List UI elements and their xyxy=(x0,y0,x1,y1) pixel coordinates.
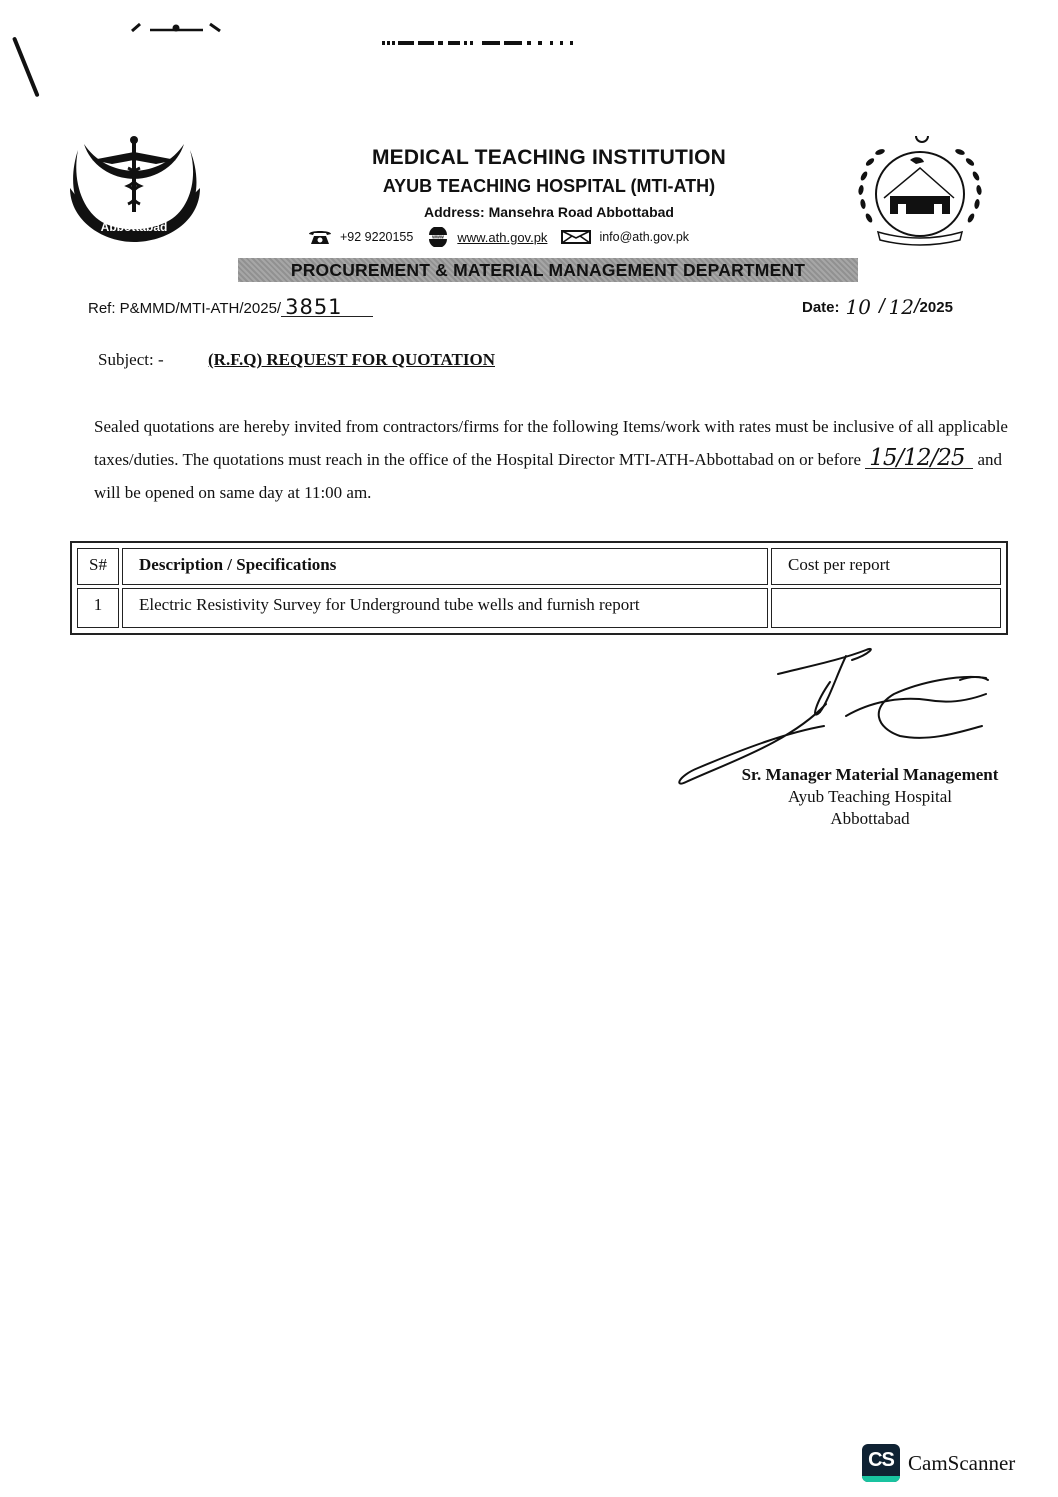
scan-artifact-top-text xyxy=(382,40,582,46)
header-cost: Cost per report xyxy=(771,548,1001,585)
signatory-title: Sr. Manager Material Management xyxy=(712,764,1028,786)
deadline-handwritten-date: 15/12/25 xyxy=(865,448,973,469)
table-row: 1 Electric Resistivity Survey for Underg… xyxy=(77,588,1001,628)
website-link[interactable]: www.ath.gov.pk xyxy=(457,230,547,245)
date-label: Date: xyxy=(802,299,840,316)
envelope-icon xyxy=(561,230,591,244)
signatory-block: Sr. Manager Material Management Ayub Tea… xyxy=(712,764,1028,830)
quotation-table: S# Description / Specifications Cost per… xyxy=(70,541,1008,635)
reference-label: Ref: P&MMD/MTI-ATH/2025/ xyxy=(88,300,281,317)
signatory-organization: Ayub Teaching Hospital xyxy=(712,786,1028,808)
svg-text:www: www xyxy=(432,235,445,241)
letter-date: Date: 10 / 12 / 2025 xyxy=(802,298,953,316)
hospital-address: Address: Mansehra Road Abbottabad xyxy=(0,204,1058,220)
table-header-row: S# Description / Specifications Cost per… xyxy=(77,548,1001,585)
subject-line: Subject: - (R.F.Q) REQUEST FOR QUOTATION xyxy=(98,350,495,370)
scan-artifact-slash xyxy=(12,37,40,98)
row-description: Electric Resistivity Survey for Undergro… xyxy=(122,588,768,628)
email-address: info@ath.gov.pk xyxy=(599,230,689,244)
date-day: 10 xyxy=(846,298,871,316)
date-month: 12 xyxy=(889,298,914,316)
invitation-paragraph: Sealed quotations are hereby invited fro… xyxy=(94,410,1014,509)
subject-value: (R.F.Q) REQUEST FOR QUOTATION xyxy=(208,350,495,370)
row-sn: 1 xyxy=(77,588,119,628)
reference-handwritten-number: 3851 xyxy=(281,298,373,317)
globe-www-icon: www xyxy=(427,227,449,247)
header-sn: S# xyxy=(77,548,119,585)
camscanner-logo-icon: CS xyxy=(862,1444,900,1482)
date-year: 2025 xyxy=(920,299,953,316)
camscanner-brand: CamScanner xyxy=(908,1451,1015,1476)
reference-number: Ref: P&MMD/MTI-ATH/2025/ 3851 xyxy=(88,298,373,317)
signatory-city: Abbottabad xyxy=(712,808,1028,830)
hospital-name: AYUB TEACHING HOSPITAL (MTI-ATH) xyxy=(0,176,1058,197)
camscanner-watermark: CS CamScanner xyxy=(862,1444,1015,1482)
scan-artifact-top-mark xyxy=(128,18,223,34)
subject-label: Subject: - xyxy=(98,350,208,370)
phone-icon xyxy=(308,229,332,245)
department-banner: PROCUREMENT & MATERIAL MANAGEMENT DEPART… xyxy=(238,258,858,282)
header-description: Description / Specifications xyxy=(122,548,768,585)
phone-number: +92 9220155 xyxy=(340,230,413,244)
row-cost-cell[interactable] xyxy=(771,588,1001,628)
contact-row: +92 9220155 www www.ath.gov.pk info@ath.… xyxy=(308,226,703,248)
svg-text:Abbottabad: Abbottabad xyxy=(101,220,168,234)
institution-name: MEDICAL TEACHING INSTITUTION xyxy=(0,146,1058,170)
